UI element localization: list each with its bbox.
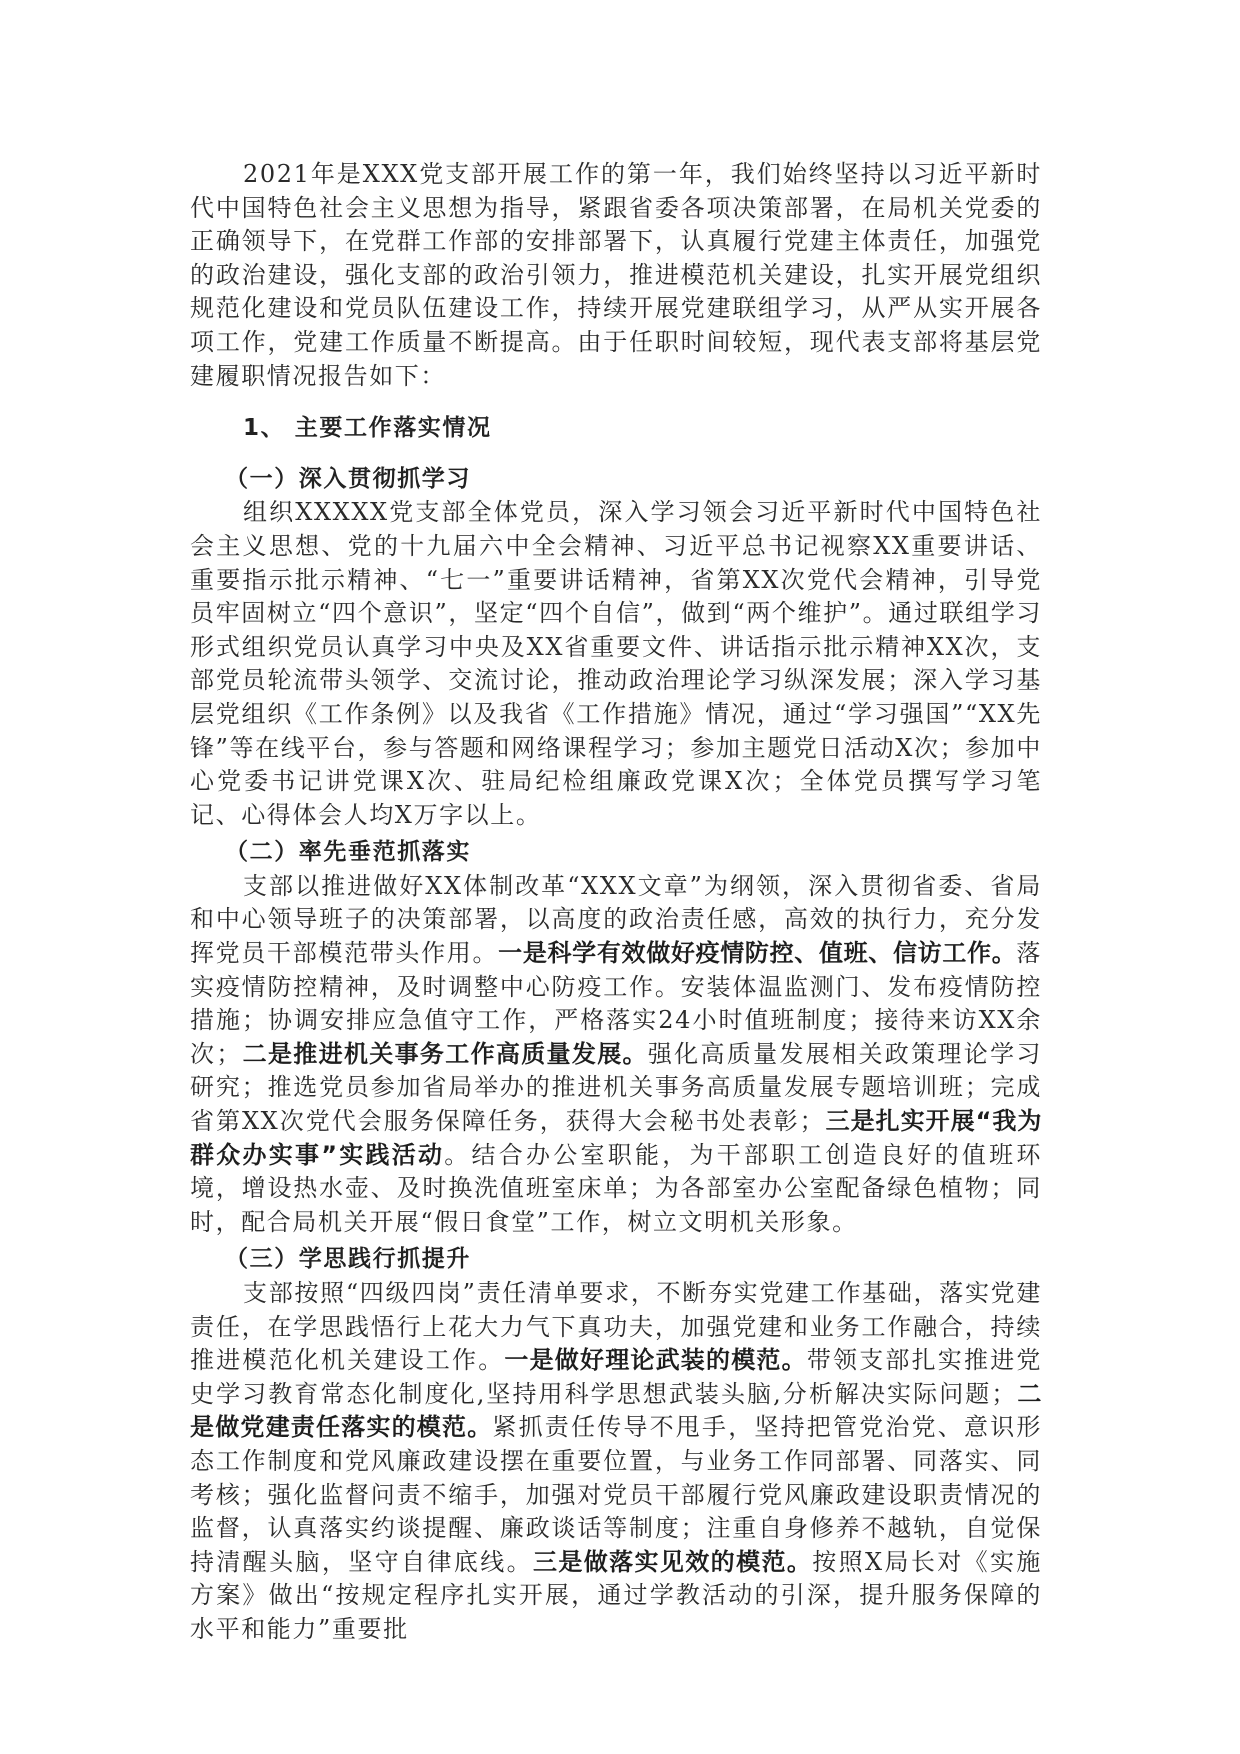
subsection-heading-study: （一）深入贯彻抓学习	[190, 463, 1042, 497]
bold-point-3: 三是做落实见效的模范。	[533, 1548, 812, 1576]
subsection-heading-implementation: （二）率先垂范抓落实	[190, 836, 1042, 870]
bold-point-2: 二是推进机关事务工作高质量发展。	[242, 1040, 648, 1068]
subsection-body-improvement: 支部按照“四级四岗”责任清单要求，不断夯实党建工作基础，落实党建责任，在学思践悟…	[190, 1277, 1042, 1647]
bold-point-1: 一是科学有效做好疫情防控、值班、信访工作。	[498, 939, 1016, 967]
subsection-body-study: 组织XXXXX党支部全体党员，深入学习领会习近平新时代中国特色社会主义思想、党的…	[190, 496, 1042, 832]
subsection-heading-improvement: （三）学思践行抓提升	[190, 1243, 1042, 1277]
bold-point-1: 一是做好理论武装的模范。	[504, 1346, 806, 1374]
intro-paragraph: 2021年是XXX党支部开展工作的第一年，我们始终坚持以习近平新时代中国特色社会…	[190, 158, 1042, 393]
document-page: 2021年是XXX党支部开展工作的第一年，我们始终坚持以习近平新时代中国特色社会…	[190, 158, 1042, 1647]
subsection-body-implementation: 支部以推进做好XX体制改革“XXX文章”为纲领，深入贯彻省委、省局和中心领导班子…	[190, 870, 1042, 1240]
section-heading-main-work: 1、 主要工作落实情况	[190, 412, 1042, 446]
